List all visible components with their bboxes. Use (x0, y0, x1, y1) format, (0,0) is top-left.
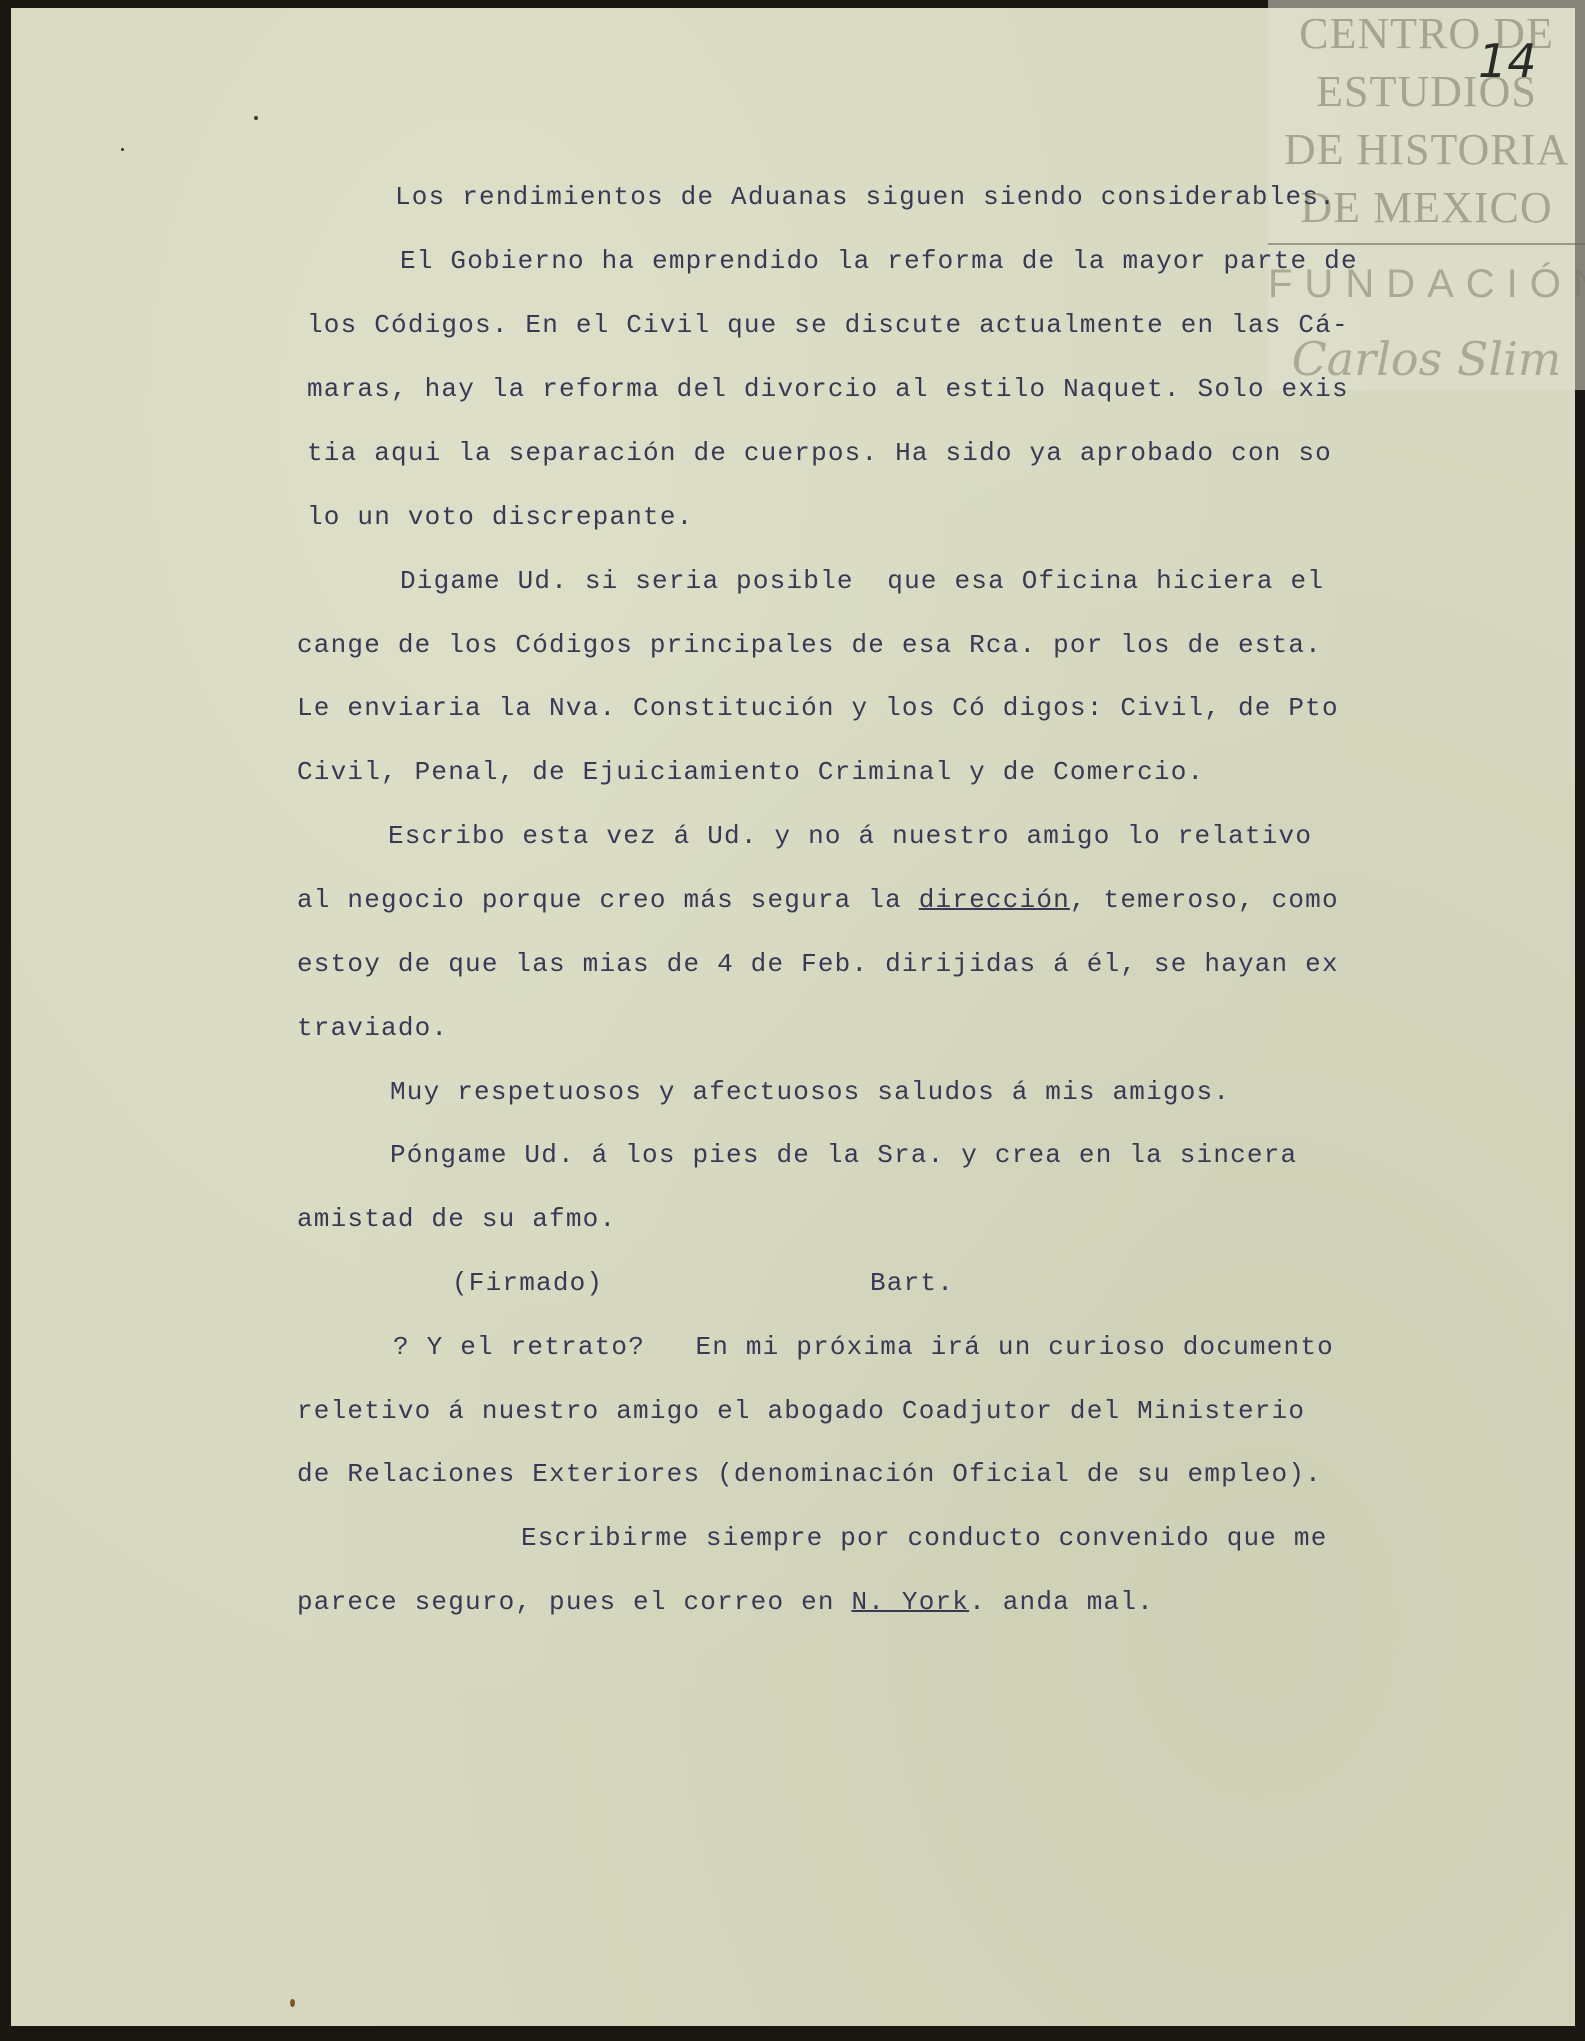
paper-speck (121, 148, 124, 151)
text-line-content: Le enviaria la Nva. Constitución y los C… (297, 693, 1339, 723)
text-line: lo un voto discrepante. (307, 502, 693, 532)
text-line-content: Digame Ud. si seria posible que esa Ofic… (400, 566, 1324, 596)
text-line-content: cange de los Códigos principales de esa … (297, 630, 1322, 660)
paper-speck (254, 116, 258, 120)
text-line: Los rendimientos de Aduanas siguen siend… (395, 182, 1336, 212)
page-number: 14 (1478, 34, 1537, 88)
text-line: Escribo esta vez á Ud. y no á nuestro am… (388, 821, 1312, 851)
text-line-content: Los rendimientos de Aduanas siguen siend… (395, 182, 1336, 212)
text-line: Digame Ud. si seria posible que esa Ofic… (400, 566, 1324, 596)
text-line-content: de Relaciones Exteriores (denominación O… (297, 1459, 1322, 1489)
text-line-content: Bart. (870, 1268, 954, 1298)
watermark-divider (1268, 243, 1585, 245)
text-line: traviado. (297, 1013, 448, 1043)
text-line-content: Póngame Ud. á los pies de la Sra. y crea… (390, 1140, 1297, 1170)
text-line: Muy respetuosos y afectuosos saludos á m… (390, 1077, 1230, 1107)
text-line-content: los Códigos. En el Civil que se discute … (307, 310, 1349, 340)
text-line: ? Y el retrato? En mi próxima irá un cur… (393, 1332, 1334, 1362)
text-line: maras, hay la reforma del divorcio al es… (307, 374, 1349, 404)
text-line: reletivo á nuestro amigo el abogado Coad… (297, 1396, 1305, 1426)
text-line-content: maras, hay la reforma del divorcio al es… (307, 374, 1349, 404)
text-line-content: lo un voto discrepante. (307, 502, 693, 532)
watermark-line: DE HISTORIA (1268, 124, 1585, 175)
text-line-content: amistad de su afmo. (297, 1204, 616, 1234)
text-line-content: reletivo á nuestro amigo el abogado Coad… (297, 1396, 1305, 1426)
text-line-content: traviado. (297, 1013, 448, 1043)
text-line: (Firmado) (452, 1268, 603, 1298)
text-line: cange de los Códigos principales de esa … (297, 630, 1322, 660)
text-line: amistad de su afmo. (297, 1204, 616, 1234)
text-line-content: al negocio porque creo más segura la (297, 885, 919, 915)
watermark-line: CENTRO DE (1268, 8, 1585, 59)
text-line: de Relaciones Exteriores (denominación O… (297, 1459, 1322, 1489)
text-line-content: Escribirme siempre por conducto convenid… (521, 1523, 1328, 1553)
text-line-content: estoy de que las mias de 4 de Feb. dirij… (297, 949, 1339, 979)
text-line-content: ? Y el retrato? En mi próxima irá un cur… (393, 1332, 1334, 1362)
text-line: estoy de que las mias de 4 de Feb. dirij… (297, 949, 1339, 979)
text-line-content: parece seguro, pues el correo en (297, 1587, 851, 1617)
text-line: Escribirme siempre por conducto convenid… (521, 1523, 1328, 1553)
text-line: Bart. (870, 1268, 954, 1298)
text-line: Civil, Penal, de Ejuiciamiento Criminal … (297, 757, 1204, 787)
underlined-text: dirección (919, 885, 1070, 915)
text-line: los Códigos. En el Civil que se discute … (307, 310, 1349, 340)
text-line-content: Escribo esta vez á Ud. y no á nuestro am… (388, 821, 1312, 851)
watermark-line: ESTUDIOS (1268, 66, 1585, 117)
text-line: Le enviaria la Nva. Constitución y los C… (297, 693, 1339, 723)
text-line-tail: . anda mal. (969, 1587, 1154, 1617)
text-line: Póngame Ud. á los pies de la Sra. y crea… (390, 1140, 1297, 1170)
underlined-text: N. York (851, 1587, 969, 1617)
text-line-tail: , temeroso, como (1070, 885, 1339, 915)
paper-speck (290, 1999, 295, 2007)
text-line-content: El Gobierno ha emprendido la reforma de … (400, 246, 1358, 276)
text-line-content: Muy respetuosos y afectuosos saludos á m… (390, 1077, 1230, 1107)
text-line: tia aqui la separación de cuerpos. Ha si… (307, 438, 1332, 468)
text-line-content: Civil, Penal, de Ejuiciamiento Criminal … (297, 757, 1204, 787)
text-line-content: (Firmado) (452, 1268, 603, 1298)
text-line: parece seguro, pues el correo en N. York… (297, 1587, 1154, 1617)
text-line-content: tia aqui la separación de cuerpos. Ha si… (307, 438, 1332, 468)
text-line: El Gobierno ha emprendido la reforma de … (400, 246, 1358, 276)
text-line: al negocio porque creo más segura la dir… (297, 885, 1339, 915)
